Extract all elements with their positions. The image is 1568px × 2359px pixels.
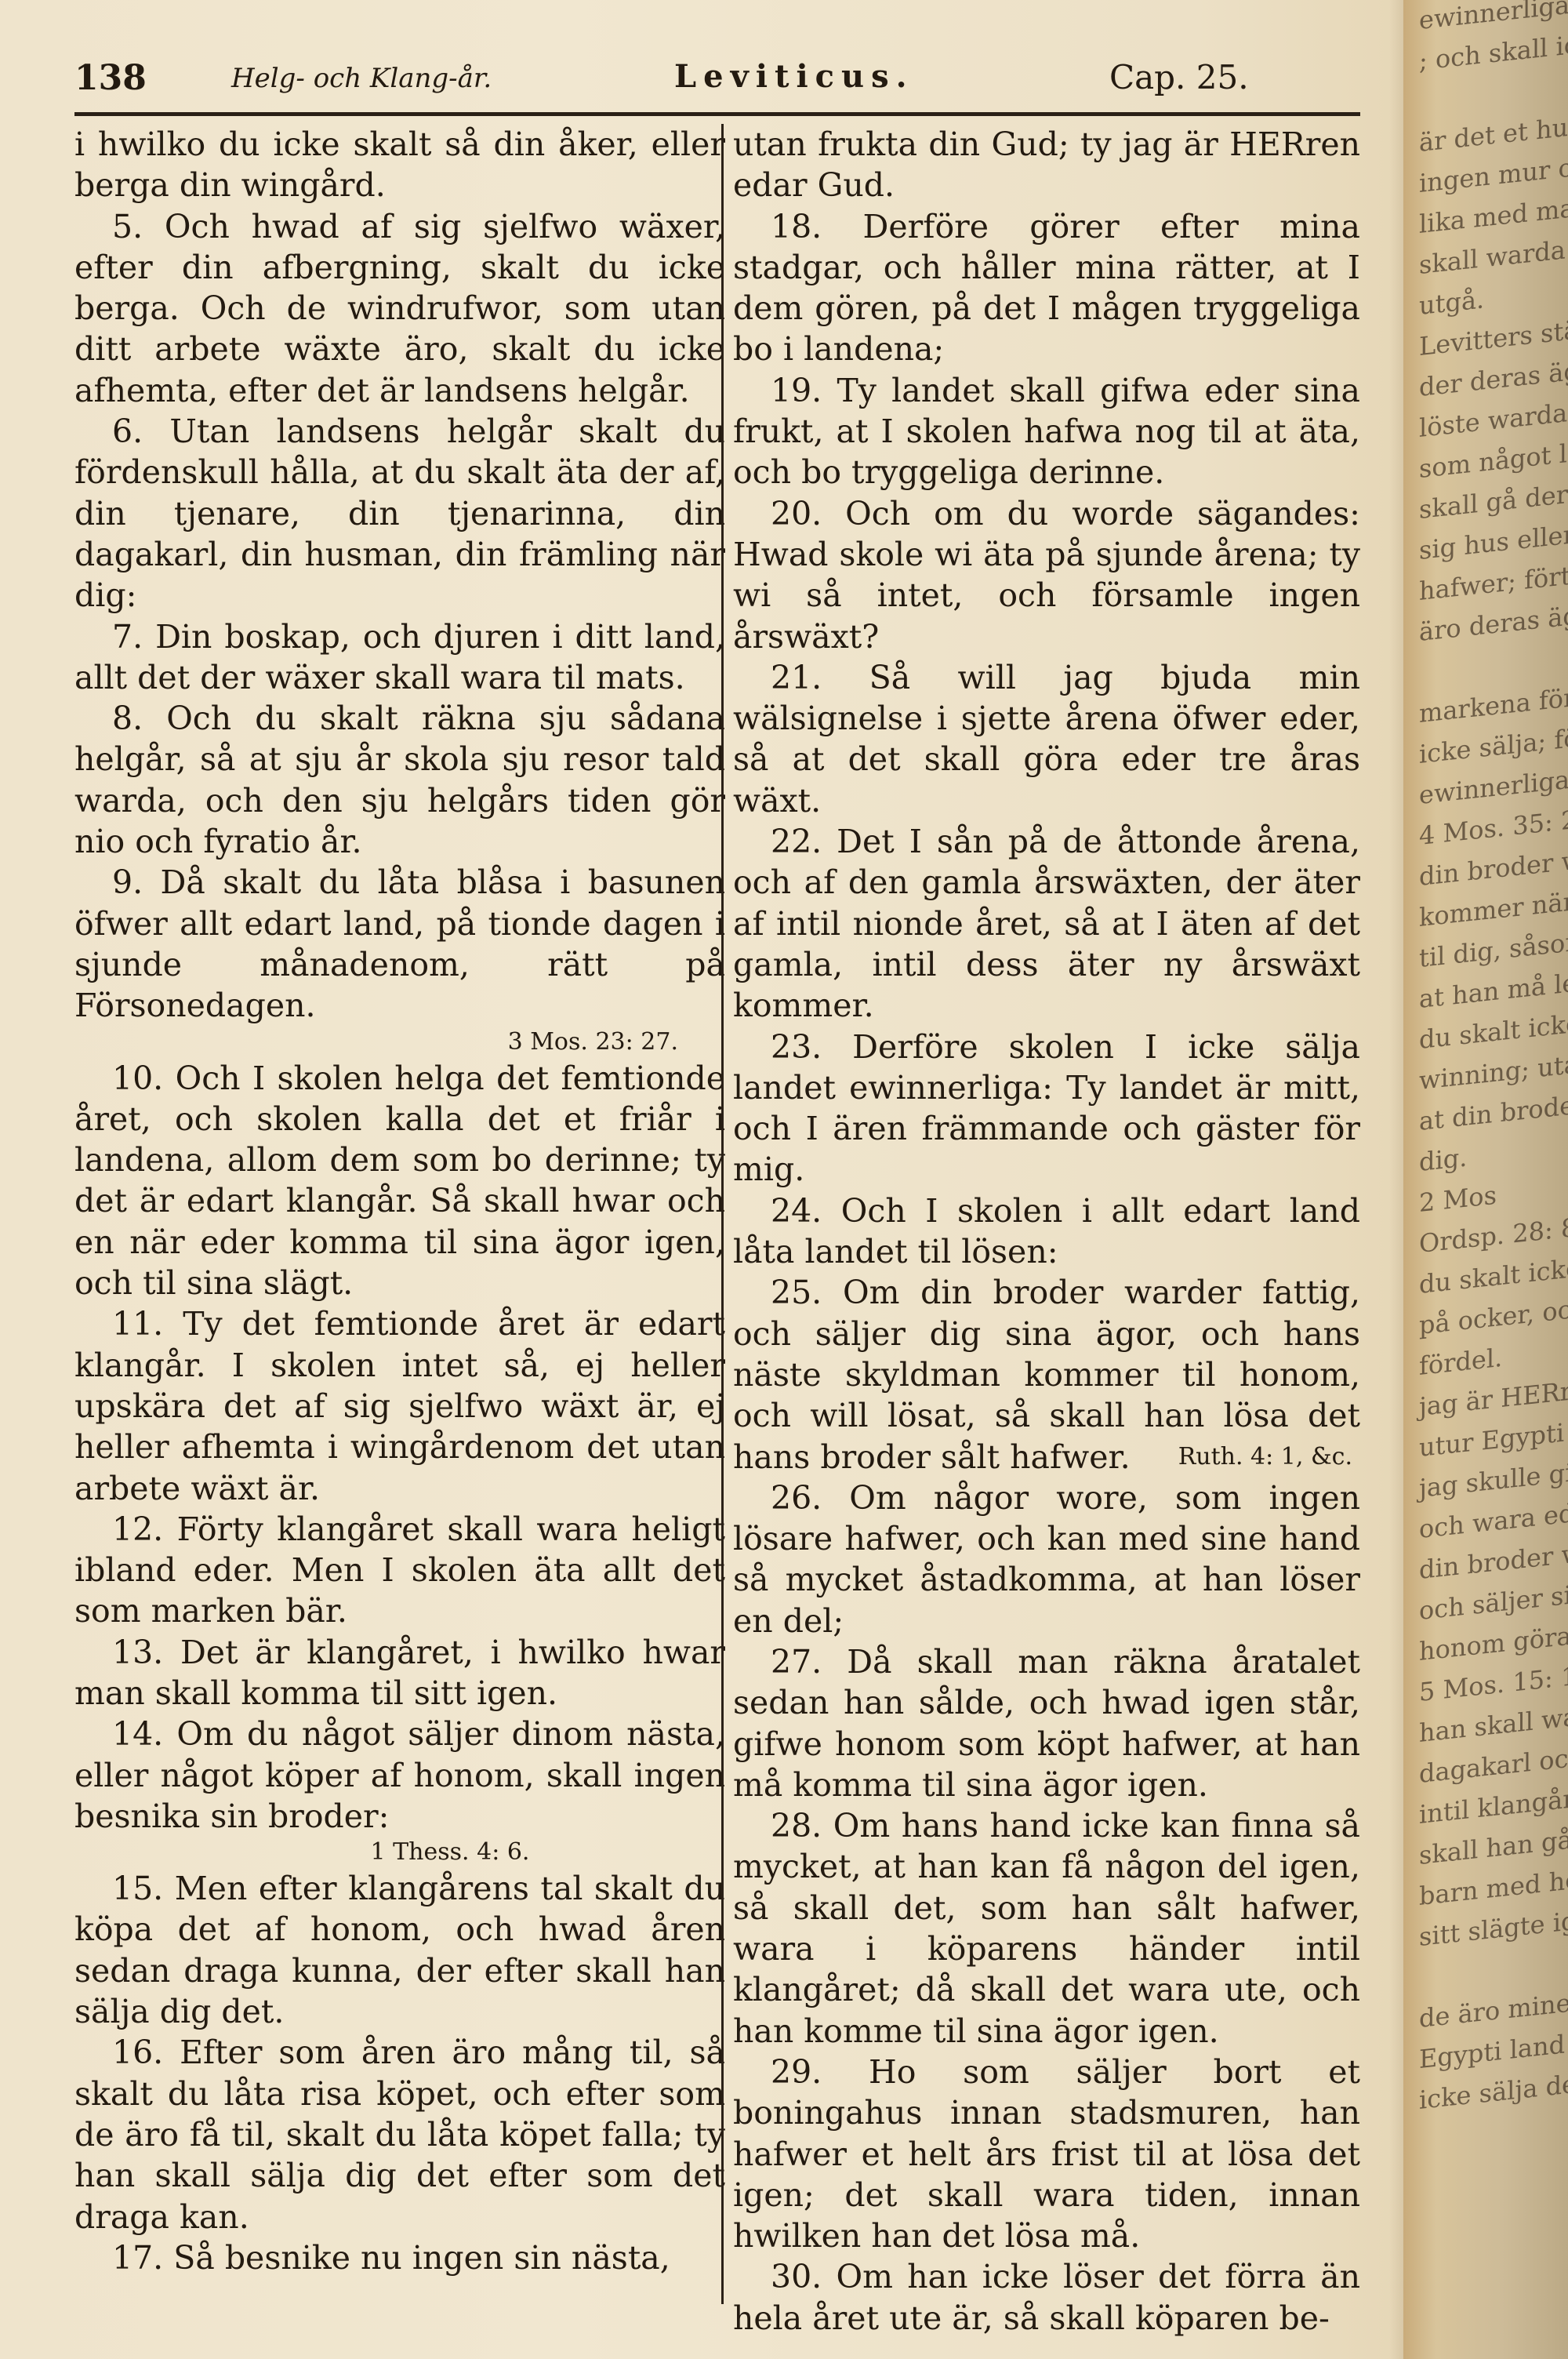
verse: 25. Om din broder warder fattig, och säl… — [733, 1272, 1360, 1477]
verse: 20. Och om du worde sägandes: Hwad skole… — [733, 493, 1360, 657]
verse: 12. Förty klangåret skall wara heligt ib… — [74, 1509, 725, 1632]
verse-number: 21. — [771, 659, 869, 696]
verse-number: 22. — [771, 823, 837, 860]
verse: 14. Om du något säljer dinom nästa, elle… — [74, 1714, 725, 1868]
text-column-right: utan frukta din Gud; ty jag är HERren ed… — [733, 124, 1360, 2339]
verse-number: 24. — [771, 1192, 841, 1230]
verse-number: 5. — [112, 208, 165, 245]
page-number: 138 — [74, 58, 147, 98]
verse: 21. Så will jag bjuda min wälsignelse i … — [733, 657, 1360, 821]
verse-number: 30. — [771, 2258, 836, 2295]
verse-text: utan frukta din Gud; ty jag är HERren ed… — [733, 125, 1360, 204]
verse-number: 27. — [771, 1643, 847, 1681]
verse: 19. Ty landet skall gifwa eder sina fruk… — [733, 370, 1360, 493]
verse-number: 15. — [112, 1870, 175, 1907]
verse-text: Och du skalt räkna sju sådana helgår, så… — [74, 700, 725, 860]
book-page-left: 138 Helg- och Klang-år. Leviticus. Cap. … — [0, 0, 1403, 2359]
verse-number: 8. — [112, 700, 166, 737]
verse: 28. Om hans hand icke kan finna så mycke… — [733, 1805, 1360, 2052]
verse-number: 23. — [771, 1028, 852, 1066]
verse-number: 20. — [771, 495, 845, 533]
running-head-topic: Helg- och Klang-år. — [231, 63, 492, 94]
verse: 8. Och du skalt räkna sju sådana helgår,… — [74, 698, 725, 862]
verse: 13. Det är klangåret, i hwilko hwar man … — [74, 1632, 725, 1714]
verse-text: i hwilko du icke skalt så din åker, elle… — [74, 125, 725, 204]
verse: 9. Då skalt du låta blåsa i basunen öfwe… — [74, 862, 725, 1057]
verse-number: 26. — [771, 1479, 849, 1517]
verse-number: 14. — [112, 1715, 176, 1753]
verse-text: Då skalt du låta blåsa i basunen öfwer a… — [74, 863, 725, 1024]
verse-number: 16. — [112, 2034, 180, 2071]
verse-number: 28. — [771, 1807, 833, 1845]
verse: 29. Ho som säljer bort et boningahus inn… — [733, 2052, 1360, 2256]
text-column-left: i hwilko du icke skalt så din åker, elle… — [74, 124, 725, 2278]
cross-reference: Ruth. 4: 1, &c. — [1141, 1437, 1352, 1478]
verse-number: 25. — [771, 1274, 843, 1311]
verse: 15. Men efter klangårens tal skalt du kö… — [74, 1868, 725, 2032]
verse-number: 17. — [112, 2239, 173, 2277]
verse: 18. Derföre görer efter mina stadgar, oc… — [733, 206, 1360, 370]
verse-number: 9. — [112, 863, 161, 901]
verse: 5. Och hwad af sig sjelfwo wäxer, efter … — [74, 206, 725, 411]
verse-continuation: utan frukta din Gud; ty jag är HERren ed… — [733, 124, 1360, 206]
verse: 27. Då skall man räkna åratalet sedan ha… — [733, 1641, 1360, 1805]
verse-number: 7. — [112, 618, 155, 656]
column-divider — [721, 124, 724, 2304]
cross-reference: 3 Mos. 23: 27. — [74, 1027, 678, 1058]
verse: 26. Om någor wore, som ingen lösare hafw… — [733, 1478, 1360, 1641]
verse-number: 12. — [112, 1510, 177, 1548]
verse: 22. Det I sån på de åttonde årena, och a… — [733, 821, 1360, 1026]
verse-number: 18. — [771, 208, 863, 245]
verse-number: 19. — [771, 372, 837, 409]
verse: 11. Ty det femtionde året är edart klang… — [74, 1303, 725, 1508]
verse-text: Och hwad af sig sjelfwo wäxer, efter din… — [74, 208, 725, 409]
verse: 23. Derföre skolen I icke sälja landet e… — [733, 1027, 1360, 1190]
verse: 7. Din boskap, och djuren i ditt land, a… — [74, 616, 725, 699]
verse: 16. Efter som åren äro mång til, så skal… — [74, 2032, 725, 2237]
cross-reference: 1 Thess. 4: 6. — [74, 1837, 725, 1868]
verse-text: Din boskap, och djuren i ditt land, allt… — [74, 618, 725, 696]
verse-number: 29. — [771, 2053, 869, 2091]
verse-text: Utan landsens helgår skalt du fördenskul… — [74, 413, 725, 614]
verse: 10. Och I skolen helga det femtionde åre… — [74, 1058, 725, 1304]
verse: 6. Utan landsens helgår skalt du fördens… — [74, 411, 725, 616]
verse-text: Så besnike nu ingen sin nästa, — [173, 2239, 670, 2277]
verse: 30. Om han icke löser det förra än hela … — [733, 2256, 1360, 2339]
verse-number: 6. — [112, 413, 169, 450]
running-head-chapter: Cap. 25. — [1109, 58, 1249, 96]
running-head-book: Leviticus. — [674, 58, 914, 95]
verse: 24. Och I skolen i allt edart land låta … — [733, 1190, 1360, 1273]
facing-page-text: ewinnerliga, och; och skall icke är det … — [1419, 0, 1568, 2121]
facing-page-edge: ewinnerliga, och; och skall icke är det … — [1403, 0, 1568, 2359]
running-head: 138 Helg- och Klang-år. Leviticus. Cap. … — [74, 58, 1360, 105]
verse: 17. Så besnike nu ingen sin nästa, — [74, 2237, 725, 2278]
verse-number: 13. — [112, 1634, 180, 1671]
header-rule — [74, 112, 1360, 116]
verse-number: 11. — [112, 1305, 183, 1343]
verse-number: 10. — [112, 1060, 176, 1097]
verse-continuation: i hwilko du icke skalt så din åker, elle… — [74, 124, 725, 206]
